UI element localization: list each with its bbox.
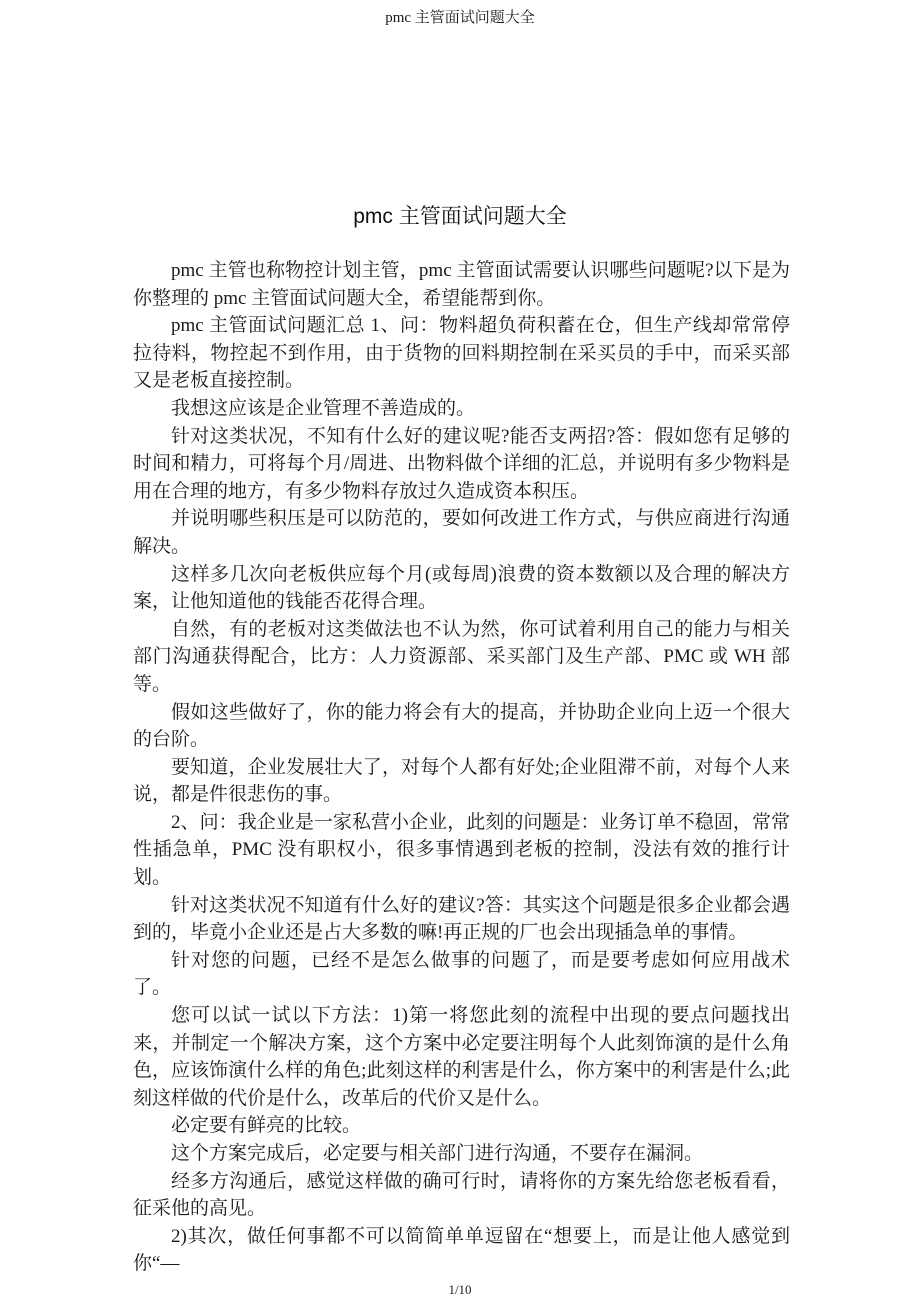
body-paragraph: 2、问：我企业是一家私营小企业，此刻的问题是：业务订单不稳固，常常性插急单，PM… — [133, 809, 790, 892]
body-paragraph: 针对您的问题，已经不是怎么做事的问题了，而是要考虑如何应用战术了。 — [133, 947, 790, 1002]
body-paragraph: 这个方案完成后，必定要与相关部门进行沟通，不要存在漏洞。 — [133, 1140, 790, 1168]
body-paragraph: 假如这些做好了，你的能力将会有大的提高，并协助企业向上迈一个很大的台阶。 — [133, 699, 790, 754]
body-paragraph: 自然，有的老板对这类做法也不认为然，你可试着利用自己的能力与相关部门沟通获得配合… — [133, 616, 790, 699]
document-header-title: pmc 主管面试问题大全 — [0, 7, 920, 29]
body-paragraph: 您可以试一试以下方法：1)第一将您此刻的流程中出现的要点问题找出来，并制定一个解… — [133, 1002, 790, 1112]
body-paragraph: 针对这类状况，不知有什么好的建议呢?能否支两招?答：假如您有足够的时间和精力，可… — [133, 423, 790, 506]
body-paragraph: pmc 主管也称物控计划主管，pmc 主管面试需要认识哪些问题呢?以下是为你整理… — [133, 257, 790, 312]
page-number: 1/10 — [0, 1281, 920, 1299]
body-paragraph: 2)其次，做任何事都不可以简简单单逗留在“想要上，而是让他人感觉到你“— — [133, 1223, 790, 1278]
body-paragraph: pmc 主管面试问题汇总 1、问：物料超负荷积蓄在仓，但生产线却常常停拉待料，物… — [133, 312, 790, 395]
document-body: pmc 主管也称物控计划主管，pmc 主管面试需要认识哪些问题呢?以下是为你整理… — [133, 257, 790, 1278]
body-paragraph: 这样多几次向老板供应每个月(或每周)浪费的资本数额以及合理的解决方案，让他知道他… — [133, 561, 790, 616]
body-paragraph: 我想这应该是企业管理不善造成的。 — [133, 395, 790, 423]
page-title: pmc 主管面试问题大全 — [0, 201, 920, 233]
body-paragraph: 针对这类状况不知道有什么好的建议?答：其实这个问题是很多企业都会遇到的，毕竟小企… — [133, 892, 790, 947]
body-paragraph: 经多方沟通后，感觉这样做的确可行时，请将你的方案先给您老板看看，征采他的高见。 — [133, 1168, 790, 1223]
body-paragraph: 要知道，企业发展壮大了，对每个人都有好处;企业阻滞不前，对每个人来说，都是件很悲… — [133, 754, 790, 809]
body-paragraph: 并说明哪些积压是可以防范的，要如何改进工作方式，与供应商进行沟通解决。 — [133, 505, 790, 560]
document-page: pmc 主管面试问题大全 pmc 主管面试问题大全 pmc 主管也称物控计划主管… — [0, 0, 920, 1304]
body-paragraph: 必定要有鲜亮的比较。 — [133, 1112, 790, 1140]
